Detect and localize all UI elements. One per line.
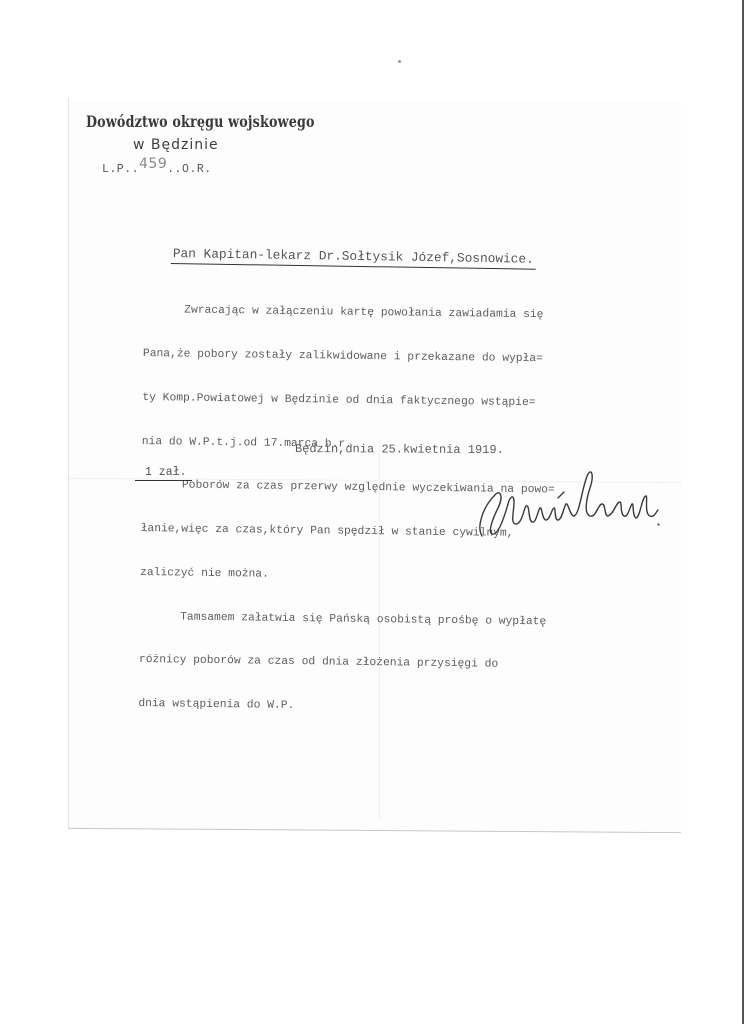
- body-line: dnia wstąpienia do W.P.: [138, 697, 552, 717]
- body-line: Tamsamem załatwia się Pańską osobistą pr…: [139, 610, 553, 630]
- body-line: ty Komp.Powiatowej w Będzinie od dnia fa…: [142, 391, 556, 411]
- reference-suffix: ..O.R.: [167, 163, 211, 176]
- dust-speck: [398, 60, 401, 63]
- scan-edge-line: [742, 0, 744, 1024]
- body-line: Pana,że pobory zostały zalikwidowane i p…: [143, 347, 557, 367]
- header-reference: L.P..459..O.R.: [102, 160, 212, 176]
- signature-stroke-icon: [474, 466, 664, 546]
- enclosure-note: 1 zał.: [135, 466, 192, 481]
- body-line: różnicy poborów za czas od dnia złożenia…: [139, 653, 553, 673]
- body-line: Zwracając w załączeniu kartę powołania z…: [143, 303, 557, 323]
- body-line: zaliczyć nie można.: [140, 566, 554, 586]
- header-organization: Dowództwo okręgu wojskowego: [86, 112, 315, 131]
- reference-prefix: L.P..: [102, 163, 139, 176]
- reference-number-handwritten: 459: [139, 156, 167, 172]
- handwritten-signature: [455, 448, 645, 528]
- header-city: w Będzinie: [133, 137, 219, 153]
